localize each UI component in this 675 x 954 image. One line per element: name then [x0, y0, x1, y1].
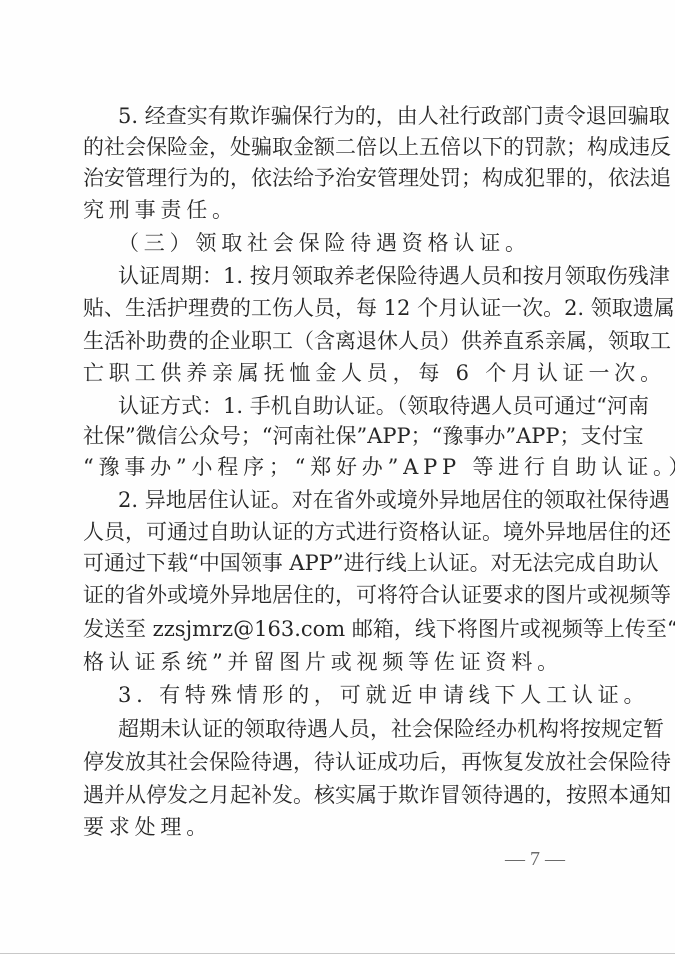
text-line: 格认证系统”并留图片或视频等佐证资料。 [83, 647, 583, 677]
text-line: 人员，可通过自助认证的方式进行资格认证。境外异地居住的还 [83, 517, 583, 547]
text-line: 亡职工供养亲属抚恤金人员，每 6 个月认证一次。 [83, 358, 583, 388]
text-line: 生活补助费的企业职工（含离退休人员）供养直系亲属，领取工 [83, 326, 583, 356]
text-line: 发送至 zzsjmrz@163.com 邮箱，线下将图片或视频等上传至“资 [83, 614, 583, 644]
text-line: 治安管理行为的，依法给予治安管理处罚；构成犯罪的，依法追 [83, 163, 583, 193]
text-line: （三）领取社会保险待遇资格认证。 [118, 228, 583, 258]
text-line: 3. 有特殊情形的，可就近申请线下人工认证。 [118, 680, 583, 710]
text-line: 超期未认证的领取待遇人员，社会保险经办机构将按规定暂 [118, 714, 583, 744]
text-line: 证的省外或境外异地居住的，可将符合认证要求的图片或视频等 [83, 580, 583, 610]
text-line: 究刑事责任。 [83, 195, 583, 225]
text-line: 贴、生活护理费的工伤人员，每 12 个月认证一次。2. 领取遗属 [83, 293, 583, 323]
text-line: 的社会保险金，处骗取金额二倍以上五倍以下的罚款；构成违反 [83, 132, 583, 162]
document-page: 5. 经查实有欺诈骗保行为的，由人社行政部门责令退回骗取的社会保险金，处骗取金额… [0, 0, 675, 954]
text-line: 社保”微信公众号；“河南社保”APP；“豫事办”APP；支付宝 [83, 421, 583, 451]
text-line: 5. 经查实有欺诈骗保行为的，由人社行政部门责令退回骗取 [118, 101, 583, 131]
text-line: 可通过下载“中国领事 APP”进行线上认证。对无法完成自助认 [83, 548, 583, 578]
text-line: 认证方式：1. 手机自助认证。（领取待遇人员可通过“河南 [118, 391, 583, 421]
text-line: 遇并从停发之月起补发。核实属于欺诈冒领待遇的，按照本通知 [83, 780, 583, 810]
text-line: 要求处理。 [83, 812, 583, 842]
text-line: “豫事办”小程序；“郑好办”APP 等进行自助认证。） [83, 452, 583, 482]
text-line: 停发放其社会保险待遇，待认证成功后，再恢复发放社会保险待 [83, 747, 583, 777]
text-line: 2. 异地居住认证。对在省外或境外异地居住的领取社保待遇 [118, 485, 583, 515]
text-line: 认证周期：1. 按月领取养老保险待遇人员和按月领取伤残津 [118, 261, 583, 291]
page-number: — 7 — [503, 845, 567, 873]
